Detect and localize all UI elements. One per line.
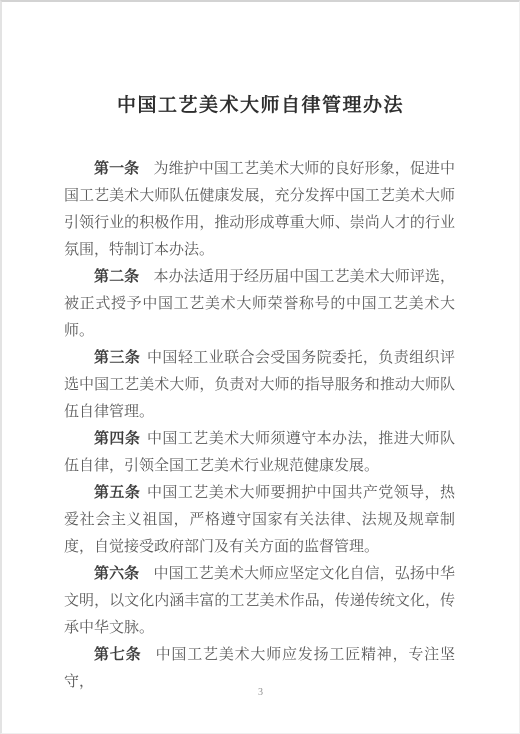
article-number-label: 第五条 xyxy=(94,485,140,501)
document-title: 中国工艺美术大师自律管理办法 xyxy=(2,92,519,120)
article-paragraph-4: 第四条中国工艺美术大师须遵守本办法，推进大师队伍自律，引领全国工艺美术行业规范健… xyxy=(64,426,455,480)
article-paragraph-3: 第三条中国轻工业联合会受国务院委托，负责组织评选中国工艺美术大师，负责对大师的指… xyxy=(64,345,455,426)
document-page: 中国工艺美术大师自律管理办法 第一条为维护中国工艺美术大师的良好形象，促进中国工… xyxy=(0,0,520,734)
article-number-label: 第三条 xyxy=(94,350,140,366)
article-number-label: 第四条 xyxy=(94,431,140,447)
article-number-label: 第二条 xyxy=(94,269,139,285)
article-number-label: 第七条 xyxy=(94,647,141,663)
article-paragraph-1: 第一条为维护中国工艺美术大师的良好形象，促进中国工艺美术大师队伍健康发展，充分发… xyxy=(64,156,455,264)
article-paragraph-6: 第六条中国工艺美术大师应坚定文化自信，弘扬中华文明，以文化内涵丰富的工艺美术作品… xyxy=(64,561,455,642)
article-number-label: 第一条 xyxy=(94,161,139,177)
document-body: 第一条为维护中国工艺美术大师的良好形象，促进中国工艺美术大师队伍健康发展，充分发… xyxy=(64,156,455,696)
article-number-label: 第六条 xyxy=(94,566,139,582)
article-paragraph-2: 第二条本办法适用于经历届中国工艺美术大师评选，被正式授予中国工艺美术大师荣誉称号… xyxy=(64,264,455,345)
article-paragraph-5: 第五条中国工艺美术大师要拥护中国共产党领导，热爱社会主义祖国，严格遵守国家有关法… xyxy=(64,480,455,561)
page-number: 3 xyxy=(2,687,519,699)
